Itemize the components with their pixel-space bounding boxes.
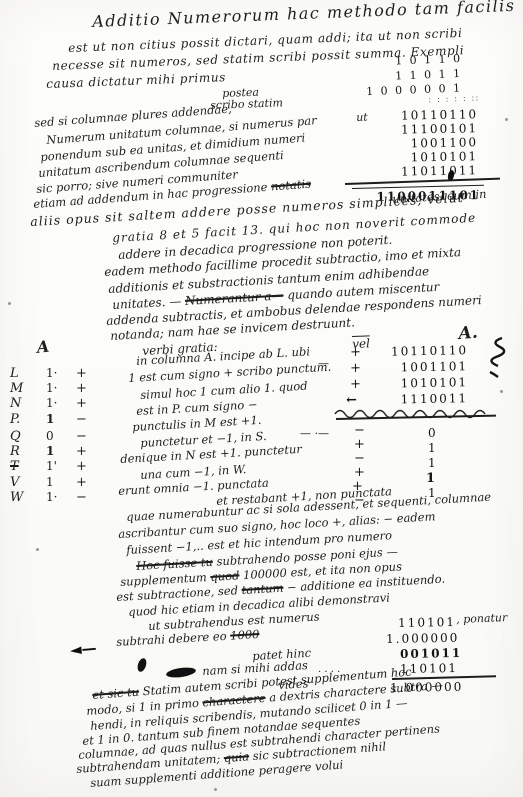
- row-sign: +: [76, 396, 87, 411]
- sum1-addend-row: 11011011: [378, 164, 478, 178]
- row-letter: W: [10, 490, 23, 505]
- header-line-4: causa dictatur mihi primus: [46, 71, 226, 90]
- row-value: 1: [46, 444, 54, 458]
- struck-word: notatis: [271, 177, 312, 194]
- page-speckle: [36, 548, 39, 551]
- sum2-sign: +: [350, 346, 363, 359]
- sum2-addend-row: 10110110: [366, 344, 468, 358]
- sum2-addend-row: 1010101: [366, 376, 468, 390]
- line-segment: subtrahi debere eo: [116, 629, 231, 649]
- manuscript-page: Additio Numerorum hac methodo tam facili…: [0, 0, 523, 797]
- tally-sign: +: [354, 466, 367, 479]
- subtraction-row: 1.000000: [386, 632, 459, 645]
- ponatur-note: , ponatur: [456, 612, 507, 625]
- sum1-addend-row: 1010101: [378, 150, 478, 164]
- row-value: 0: [46, 429, 54, 443]
- struck-word: quia: [223, 749, 249, 765]
- page-speckle: [214, 788, 217, 791]
- margin-table-row: N1·+: [10, 396, 106, 410]
- row-sign: +: [76, 366, 87, 381]
- ink-blot: [136, 657, 148, 673]
- dash-mark: —: [318, 358, 329, 369]
- row-sign: −: [76, 412, 87, 427]
- row-value: 1': [46, 459, 57, 473]
- tally-sign: −: [354, 424, 367, 437]
- subtraction-line: subtrahi debere eo 1000: [116, 629, 260, 648]
- row-letter: L: [10, 366, 19, 381]
- subtraction-row: 001011: [400, 647, 462, 660]
- margin-table-row: M1·+: [10, 381, 106, 395]
- margin-table-row: P.1−: [10, 412, 106, 426]
- struck-word: et sic tu: [92, 685, 140, 702]
- sum2-addend-row: 1001101: [366, 360, 468, 374]
- subtraction-row: 110101: [398, 616, 456, 629]
- row-value: 1·: [46, 381, 57, 395]
- page-speckle: [8, 302, 11, 305]
- row-sign: +: [76, 475, 87, 490]
- margin-table-row: Q0−: [10, 429, 106, 443]
- row-letter: N: [10, 396, 21, 411]
- row-sign: +: [76, 381, 87, 396]
- sum2-sign: +: [350, 378, 363, 391]
- page-speckle: [505, 118, 508, 121]
- row-sign: +: [76, 444, 87, 459]
- tally-sign: −: [354, 452, 367, 465]
- struck-word: quod: [210, 568, 240, 584]
- row-letter: V: [10, 475, 19, 490]
- row-value: 1·: [46, 366, 57, 380]
- tally-digit: 1: [428, 457, 438, 469]
- row-value: 1·: [46, 490, 57, 504]
- sum2-addend-row: 1110011: [366, 392, 468, 406]
- row-letter: T: [10, 459, 19, 474]
- row-value: 1·: [46, 396, 57, 410]
- row-value: 1: [46, 412, 54, 426]
- margin-table-row: W1·−: [10, 490, 106, 504]
- word-ut: ut: [356, 112, 368, 123]
- sum1-addend-row: 10110110: [378, 108, 478, 122]
- row-letter: P.: [10, 412, 20, 427]
- struck-word: 1000: [230, 627, 260, 643]
- dash-mark: — ·—: [300, 428, 329, 439]
- flourish-squiggle: [484, 336, 510, 380]
- row-value: 1: [46, 475, 54, 489]
- row-sign: −: [76, 490, 87, 505]
- margin-table-row: V1+: [10, 475, 106, 489]
- row-sign: −: [76, 429, 87, 444]
- margin-table-row: T1'+: [10, 459, 106, 473]
- row-letter: R: [10, 444, 20, 459]
- column-a-left-label: A: [36, 339, 50, 356]
- sum1-addend-row: 11100101: [378, 122, 478, 136]
- struck-word: tantum: [241, 581, 284, 597]
- column-a-right-label: A.: [458, 325, 478, 343]
- margin-table-row: R1+: [10, 444, 106, 458]
- arrow-blot: ◄—: [69, 639, 97, 659]
- tally-digit: 1: [426, 472, 437, 485]
- tally-digit: 1: [428, 442, 438, 454]
- sum1-addend-row: 1001100: [378, 136, 478, 150]
- ink-blot: [166, 666, 197, 679]
- row-sign: +: [76, 459, 87, 474]
- sum1-line: [345, 178, 500, 185]
- row-letter: Q: [10, 429, 21, 444]
- margin-table-row: L1·+: [10, 366, 106, 380]
- tally-digit: 0: [428, 427, 438, 439]
- page-speckle: [500, 390, 503, 393]
- sum2-sign: +: [350, 362, 363, 375]
- row-letter: M: [10, 381, 23, 396]
- tally-sign: +: [354, 438, 367, 451]
